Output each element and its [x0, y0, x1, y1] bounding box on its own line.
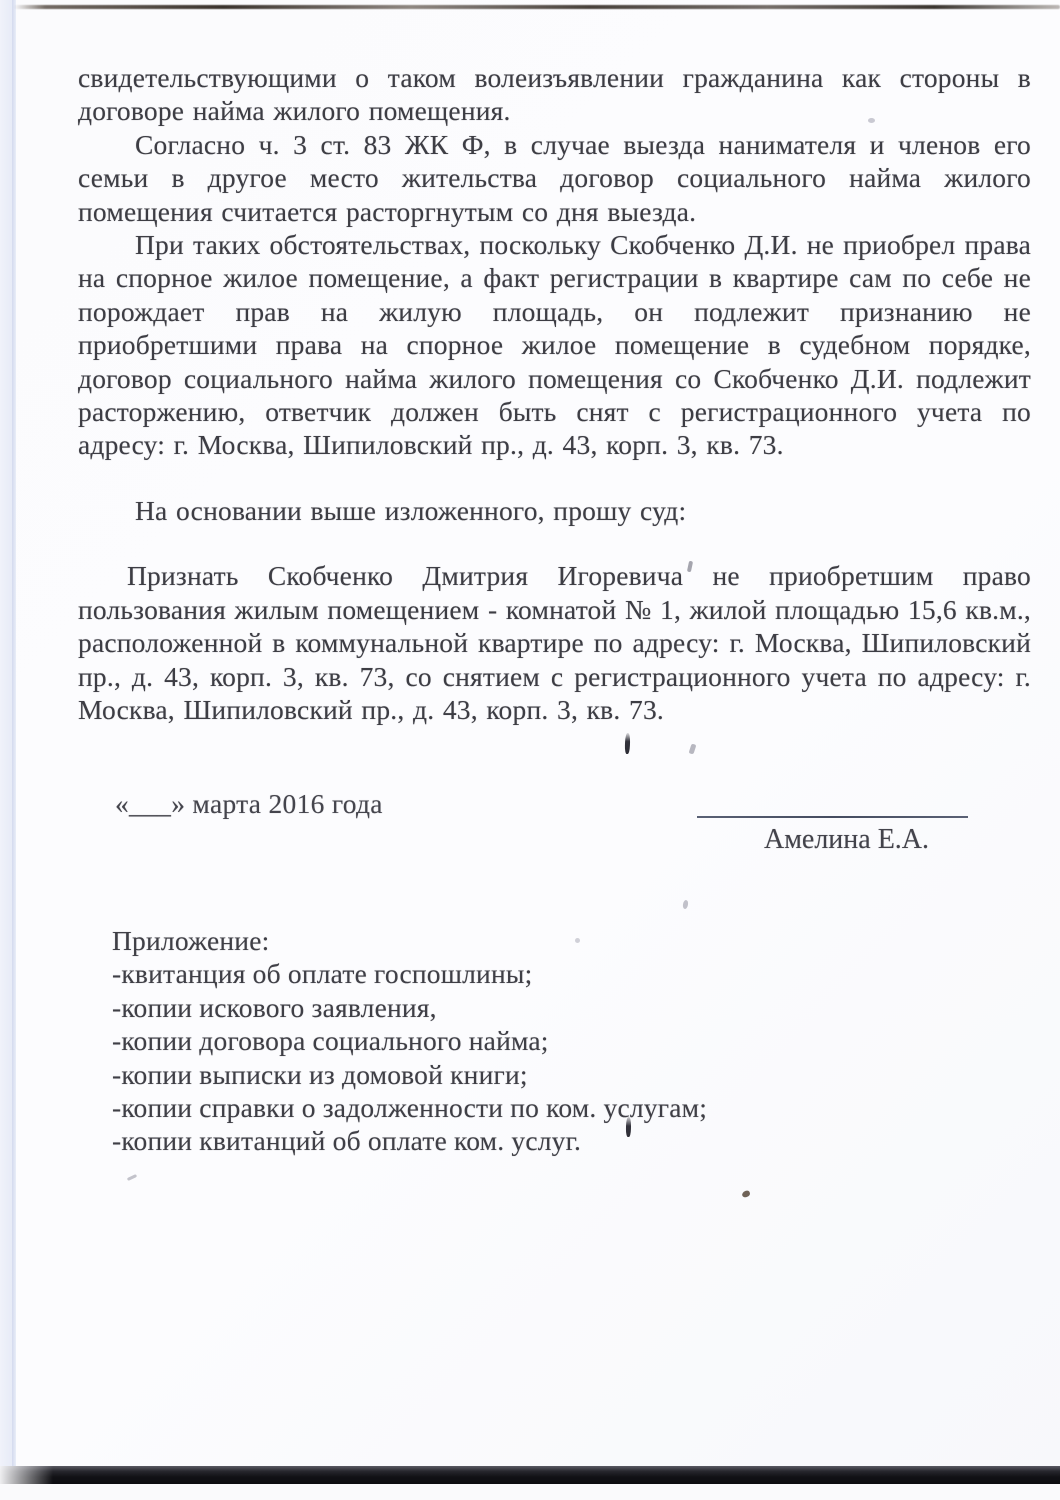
- plea-request: Признать Скобченко Дмитрия Игоревича не …: [78, 559, 1031, 726]
- attachment-item: -копии искового заявления,: [112, 991, 707, 1024]
- date-line: «___» марта 2016 года: [115, 788, 383, 820]
- scanner-background-bottom: [0, 1484, 1060, 1500]
- scanner-edge-strip: [0, 0, 12, 1500]
- attachment-item: -копии квитанций об оплате ком. услуг.: [112, 1124, 707, 1157]
- attachment-item: -копии договора социального найма;: [112, 1024, 707, 1057]
- page-top-edge-shadow: [14, 5, 1060, 9]
- attachment-item: -квитанция об оплате госпошлины;: [112, 957, 707, 990]
- signature-name: Амелина Е.А.: [697, 824, 968, 856]
- signature-line: [697, 816, 968, 818]
- attachment-item: -копии справки о задолженности по ком. у…: [112, 1091, 707, 1124]
- paragraph-circumstances: При таких обстоятельствах, поскольку Ско…: [78, 228, 1031, 462]
- scanned-legal-document: { "document": { "body_paragraphs": [ { "…: [0, 0, 1060, 1500]
- plea-intro: На основании выше изложенного, прошу суд…: [78, 494, 1031, 527]
- attachment-item: -копии выписки из домовой книги;: [112, 1058, 707, 1091]
- page-bottom-edge-shadow: [0, 1466, 1060, 1484]
- paragraph-law-citation: Согласно ч. 3 ст. 83 ЖК Ф, в случае выез…: [78, 128, 1031, 228]
- attachments-title: Приложение:: [112, 924, 707, 957]
- page-left-edge-line: [12, 0, 16, 1478]
- attachments-block: Приложение: -квитанция об оплате госпошл…: [112, 924, 707, 1158]
- paragraph-continuation: свидетельствующими о таком волеизъявлени…: [78, 61, 1031, 128]
- document-text-block: свидетельствующими о таком волеизъявлени…: [78, 61, 1031, 726]
